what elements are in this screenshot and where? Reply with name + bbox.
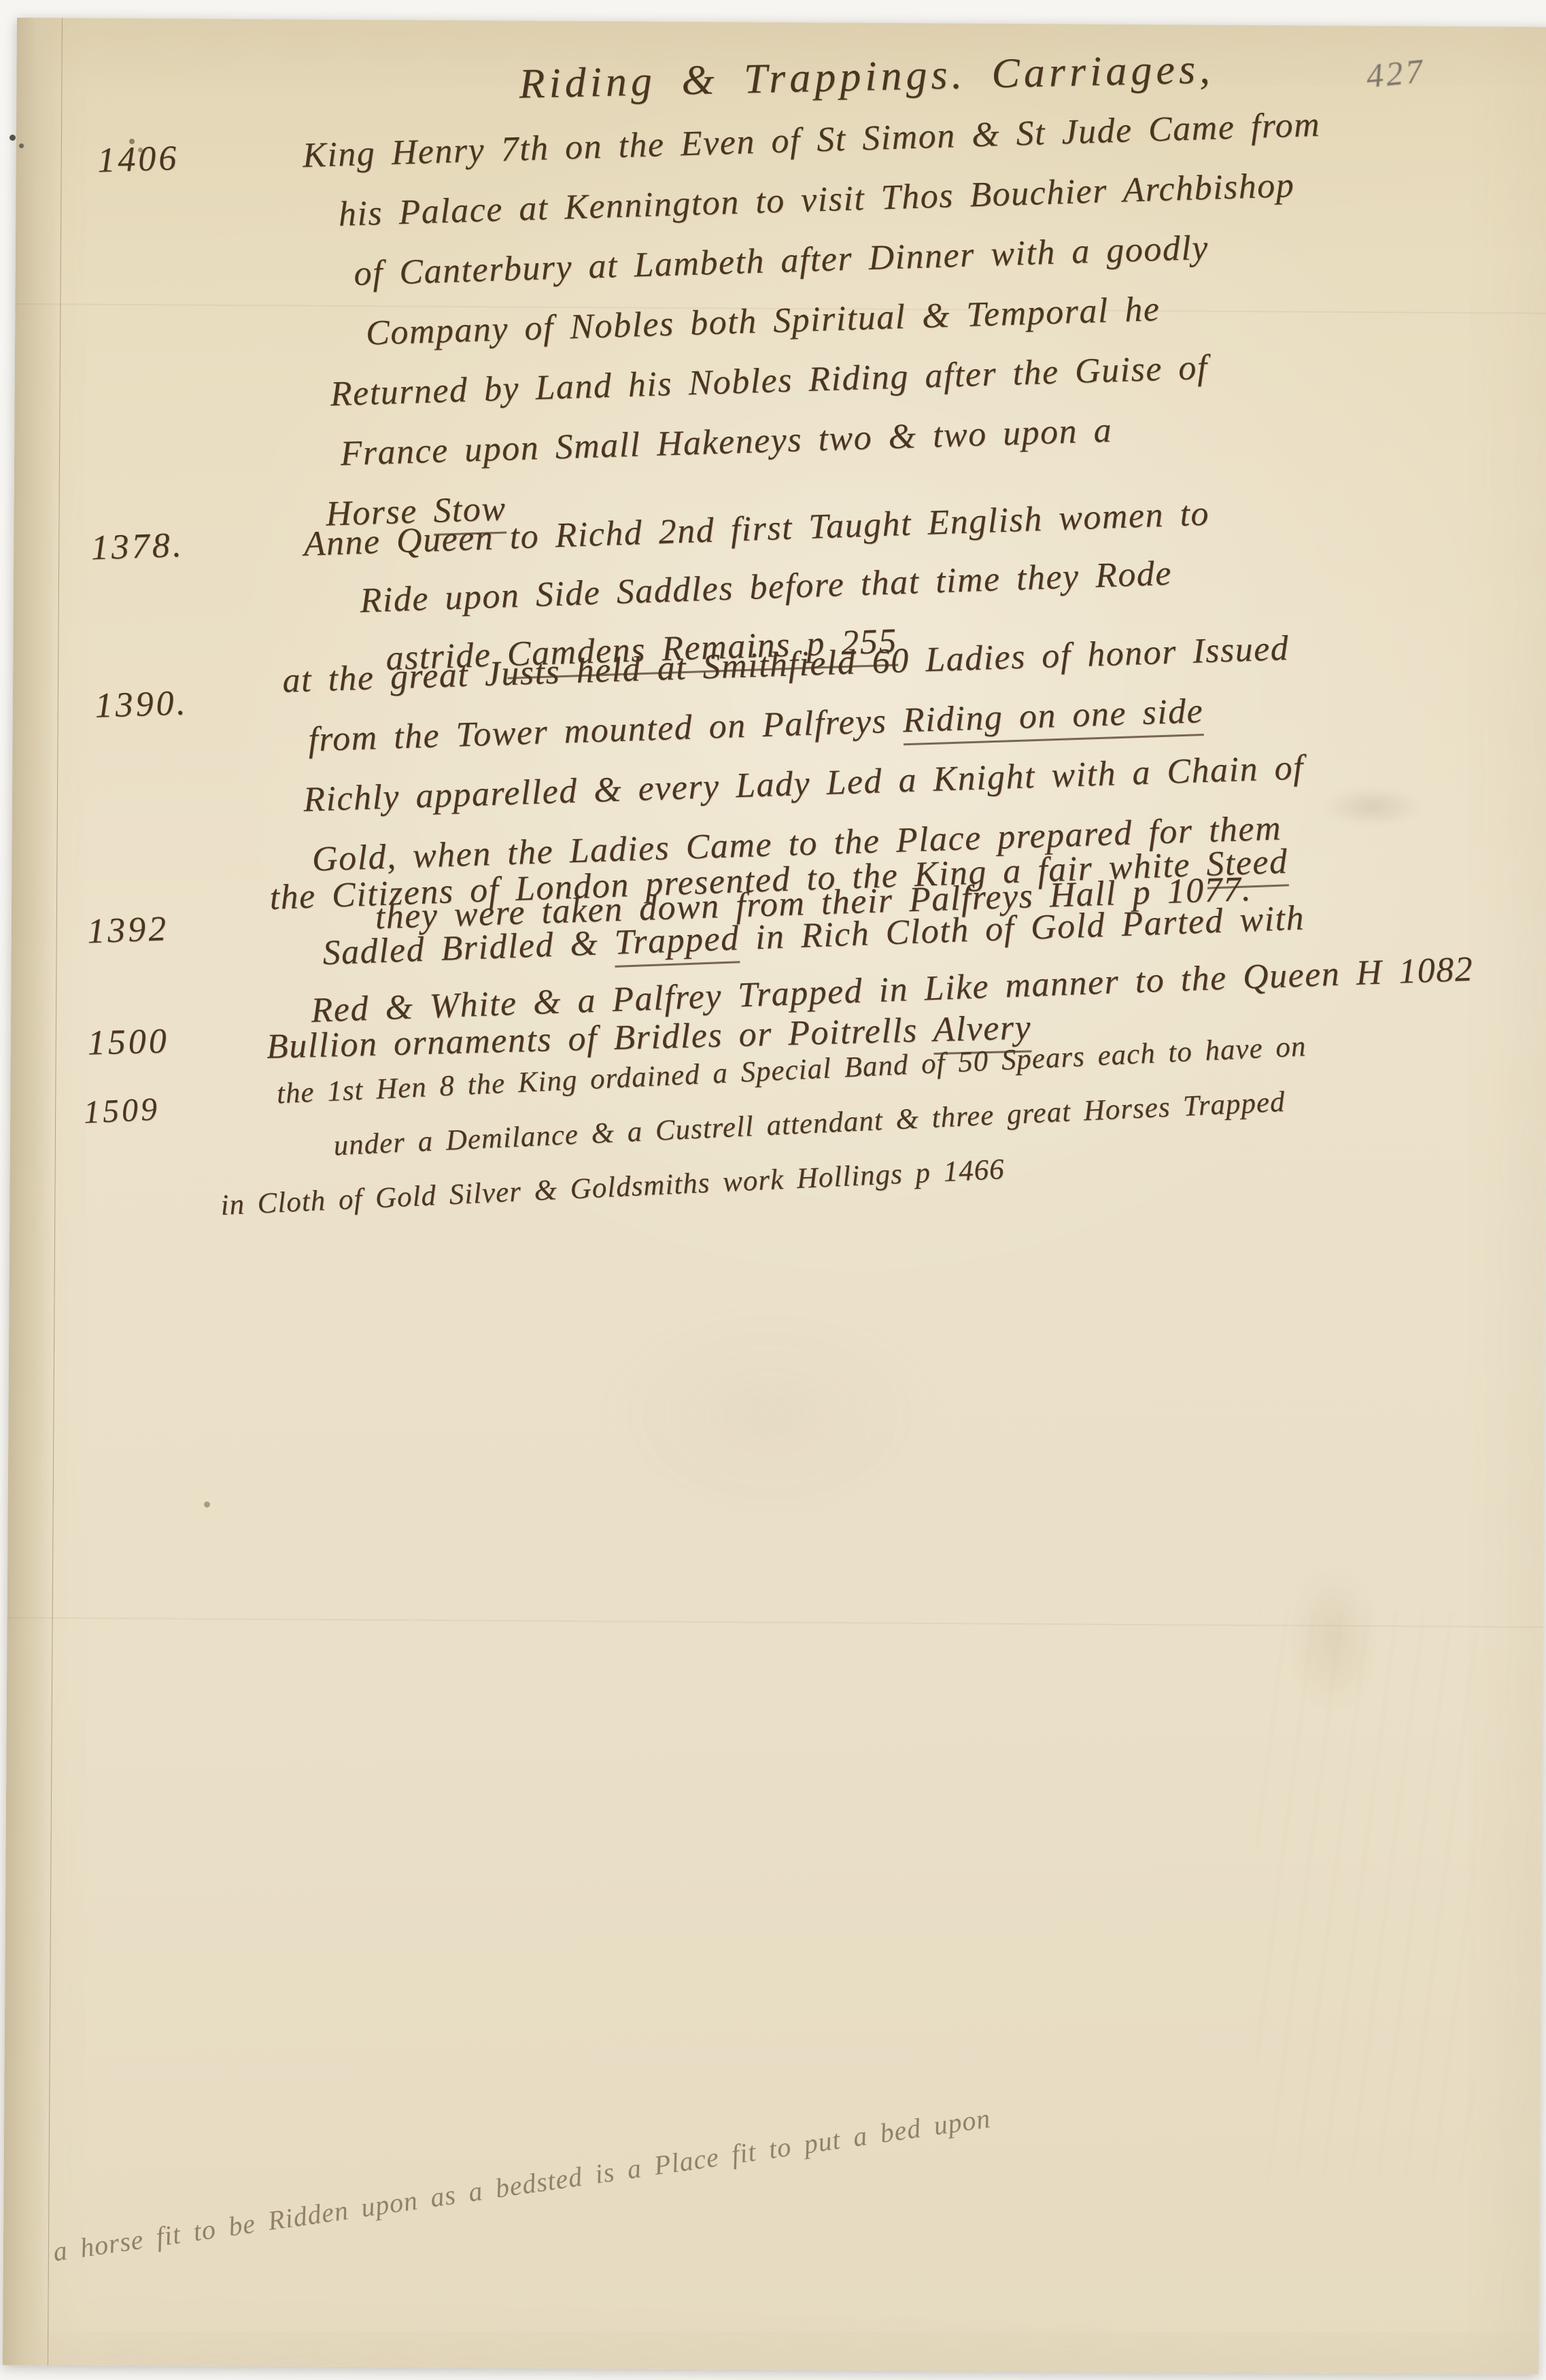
entry-lines: King Henry 7th on the Even of St Simon &… bbox=[270, 95, 1333, 546]
show-through-marks bbox=[592, 1299, 947, 1533]
ink-smudge bbox=[1321, 786, 1423, 828]
ink-speck bbox=[19, 143, 24, 148]
line-text-underlined: Riding on one side bbox=[902, 692, 1204, 745]
line-text-underlined: Steed bbox=[1205, 842, 1288, 889]
ink-speck bbox=[129, 139, 135, 144]
line-text: from the Tower mounted on Palfreys bbox=[307, 701, 903, 759]
line-text-underlined: Trapped bbox=[614, 919, 740, 968]
show-through-marks bbox=[1255, 1610, 1476, 2182]
entry-1406: 1406 King Henry 7th on the Even of St Si… bbox=[97, 95, 1333, 551]
page-number: 427 bbox=[1364, 50, 1427, 95]
entry-year: 1500 bbox=[87, 1019, 261, 1063]
ink-speck bbox=[138, 148, 143, 152]
line-text: in Rich Cloth of Gold Parted with bbox=[738, 899, 1305, 958]
entry-year: 1378. bbox=[90, 517, 264, 568]
ink-speck bbox=[10, 135, 16, 141]
entry-year: 1392 bbox=[85, 870, 261, 952]
pencil-footnote: a horse fit to be Ridden upon as a bedst… bbox=[51, 2105, 971, 2268]
line-text: France upon Small Hakeneys two & two upo… bbox=[340, 411, 1113, 473]
ink-speck bbox=[204, 1501, 210, 1508]
entry-year: 1509 bbox=[82, 1068, 257, 1132]
entry-year: 1390. bbox=[93, 651, 269, 726]
manuscript-page: 427 Riding & Trappings. Carriages, 1406 … bbox=[3, 18, 1546, 2375]
entry-year: 1406 bbox=[97, 127, 271, 181]
line-text: Sadled Bridled & bbox=[322, 923, 615, 972]
binding-fold bbox=[3, 18, 63, 2365]
